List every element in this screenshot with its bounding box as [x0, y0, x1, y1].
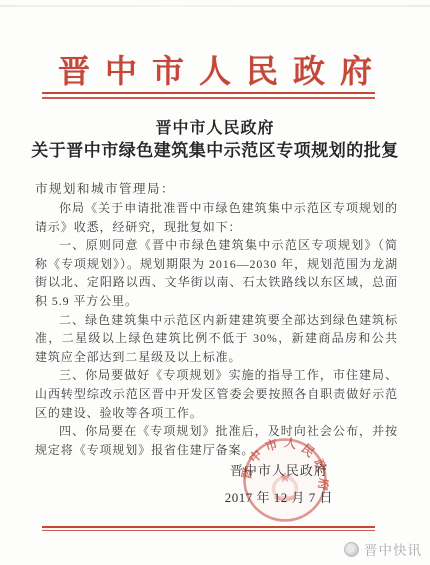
watermark-logo-icon [344, 542, 359, 557]
signature-date: 2017 年 12 月 7 日 [225, 487, 333, 506]
signature-block: 晋中市人民政府 2017 年 12 月 7 日 [225, 460, 333, 506]
letterhead-agency-title: 晋中市人民政府 [43, 53, 387, 89]
scan-top-edge [0, 5, 430, 7]
body-paragraph-3: 二、绿色建筑集中示范区内新建建筑要全部达到绿色建筑标准，二星级以上绿色建筑比例不… [35, 311, 398, 367]
body-paragraph-4: 三、你局要做好《专项规划》实施的指导工作，市住建局、山西转型综改示范区晋中开发区… [35, 366, 398, 422]
letterhead-divider [42, 92, 375, 99]
body-paragraph-5: 四、你局要在《专项规划》批准后，及时向社会公布，并按规定将《专项规划》报省住建厅… [35, 422, 398, 459]
watermark-label: 晋中快讯 [364, 539, 422, 559]
footer-divider [42, 526, 375, 531]
document-title-subject: 关于晋中市绿色建筑集中示范区专项规划的批复 [0, 139, 430, 162]
body-paragraph-2: 一、原则同意《晋中市绿色建筑集中示范区专项规划》（简称《专项规划》）。规划期限为… [35, 236, 398, 310]
document-title-agency: 晋中市人民政府 [0, 119, 430, 139]
signature-issuer: 晋中市人民政府 [225, 460, 333, 479]
scanned-document: 晋中市人民政府 晋中市人民政府 关于晋中市绿色建筑集中示范区专项规划的批复 市规… [0, 0, 430, 565]
document-title: 晋中市人民政府 关于晋中市绿色建筑集中示范区专项规划的批复 [0, 119, 430, 162]
watermark: 晋中快讯 [344, 539, 422, 559]
body-paragraph-1: 你局《关于申请批准晋中市绿色建筑集中示范区专项规划的请示》收悉，经研究，现批复如… [35, 199, 398, 236]
salutation: 市规划和城市管理局： [35, 179, 175, 197]
document-body: 你局《关于申请批准晋中市绿色建筑集中示范区专项规划的请示》收悉，经研究，现批复如… [35, 199, 398, 459]
letterhead: 晋中市人民政府 [0, 46, 430, 92]
